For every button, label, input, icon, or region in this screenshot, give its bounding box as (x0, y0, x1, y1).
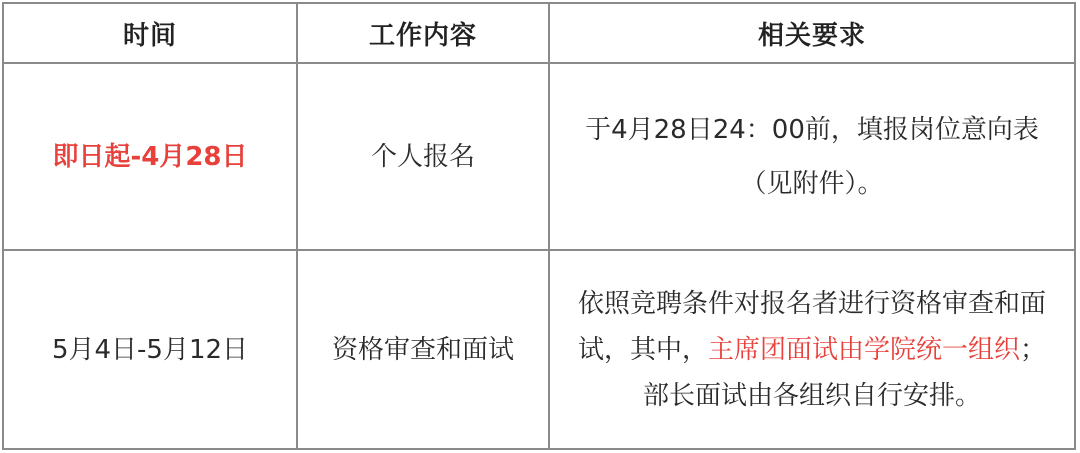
table-header-row: 时间 工作内容 相关要求 (3, 3, 1075, 63)
work-cell: 资格审查和面试 (297, 250, 549, 449)
requirement-cell: 于4月28日24：00前，填报岗位意向表 （见附件）。 (549, 63, 1075, 250)
schedule-table: 时间 工作内容 相关要求 即日起-4月28日 个人报名 于4月28日24：00前… (2, 2, 1076, 450)
work-content: 个人报名 (371, 142, 475, 172)
table-row: 5月4日-5月12日 资格审查和面试 依照竞聘条件对报名者进行资格审查和面试，其… (3, 250, 1075, 449)
requirement-text: 于4月28日24：00前，填报岗位意向表 （见附件）。 (550, 103, 1074, 211)
header-work-content: 工作内容 (297, 3, 549, 63)
header-requirements: 相关要求 (549, 3, 1075, 63)
time-cell: 即日起-4月28日 (3, 63, 297, 250)
requirement-highlight: 主席团面试由学院统一组织 (708, 335, 1020, 365)
time-range: 即日起-4月28日 (52, 142, 247, 172)
time-cell: 5月4日-5月12日 (3, 250, 297, 449)
schedule-table-container: 时间 工作内容 相关要求 即日起-4月28日 个人报名 于4月28日24：00前… (2, 2, 1076, 450)
header-time: 时间 (3, 3, 297, 63)
requirement-line: 于4月28日24：00前，填报岗位意向表 (568, 103, 1056, 157)
requirement-cell: 依照竞聘条件对报名者进行资格审查和面试，其中，主席团面试由学院统一组织；部长面试… (549, 250, 1075, 449)
work-content: 资格审查和面试 (332, 335, 514, 365)
work-cell: 个人报名 (297, 63, 549, 250)
table-row: 即日起-4月28日 个人报名 于4月28日24：00前，填报岗位意向表 （见附件… (3, 63, 1075, 250)
requirement-text: 依照竞聘条件对报名者进行资格审查和面试，其中，主席团面试由学院统一组织；部长面试… (550, 281, 1074, 419)
requirement-line: （见附件）。 (568, 157, 1056, 211)
time-range: 5月4日-5月12日 (52, 335, 248, 365)
